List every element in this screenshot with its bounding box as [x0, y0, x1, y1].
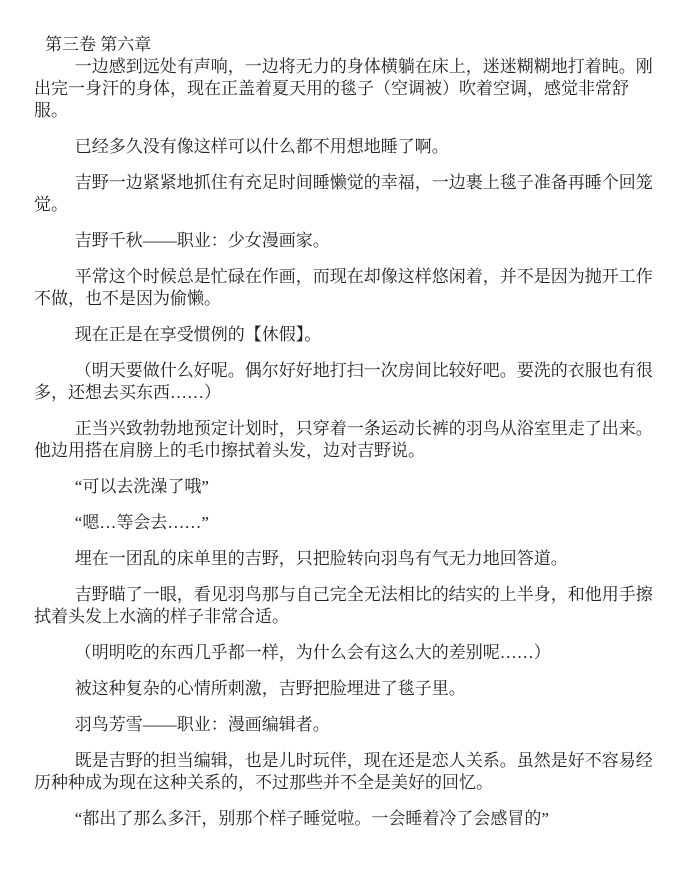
novel-text-page: 第三卷 第六章 一边感到远处有声响，一边将无力的身体横躺在床上，迷迷糊糊地打着盹… — [0, 0, 680, 880]
paragraph: （明天要做什么好呢。偶尔好好地打扫一次房间比较好吧。要洗的衣服也有很多，还想去买… — [34, 360, 654, 404]
paragraph: 既是吉野的担当编辑，也是儿时玩伴，现在还是恋人关系。虽然是好不容易经历种种成为现… — [34, 750, 654, 794]
chapter-title: 第三卷 第六章 — [34, 34, 654, 56]
paragraph: 吉野一边紧紧地抓住有充足时间睡懒觉的幸福，一边裹上毯子准备再睡个回笼觉。 — [34, 172, 654, 216]
paragraph: “都出了那么多汗，别那个样子睡觉啦。一会睡着冷了会感冒的” — [34, 808, 654, 830]
paragraph: 吉野千秋——职业：少女漫画家。 — [34, 230, 654, 252]
chapter-body: 一边感到远处有声响，一边将无力的身体横躺在床上，迷迷糊糊地打着盹。刚出完一身汗的… — [34, 56, 654, 830]
paragraph: 被这种复杂的心情所刺激，吉野把脸埋进了毯子里。 — [34, 678, 654, 700]
paragraph: 正当兴致勃勃地预定计划时，只穿着一条运动长裤的羽鸟从浴室里走了出来。他边用搭在肩… — [34, 418, 654, 462]
paragraph: 一边感到远处有声响，一边将无力的身体横躺在床上，迷迷糊糊地打着盹。刚出完一身汗的… — [34, 56, 654, 122]
paragraph: 平常这个时候总是忙碌在作画，而现在却像这样悠闲着，并不是因为抛开工作不做，也不是… — [34, 266, 654, 310]
paragraph: “嗯…等会去……” — [34, 512, 654, 534]
paragraph: “可以去洗澡了哦” — [34, 476, 654, 498]
paragraph: 已经多久没有像这样可以什么都不用想地睡了啊。 — [34, 136, 654, 158]
paragraph: （明明吃的东西几乎都一样，为什么会有这么大的差别呢……） — [34, 642, 654, 664]
paragraph: 吉野瞄了一眼，看见羽鸟那与自己完全无法相比的结实的上半身，和他用手擦拭着头发上水… — [34, 584, 654, 628]
paragraph: 埋在一团乱的床单里的吉野，只把脸转向羽鸟有气无力地回答道。 — [34, 548, 654, 570]
paragraph: 羽鸟芳雪——职业：漫画编辑者。 — [34, 714, 654, 736]
paragraph: 现在正是在享受惯例的【休假】。 — [34, 324, 654, 346]
